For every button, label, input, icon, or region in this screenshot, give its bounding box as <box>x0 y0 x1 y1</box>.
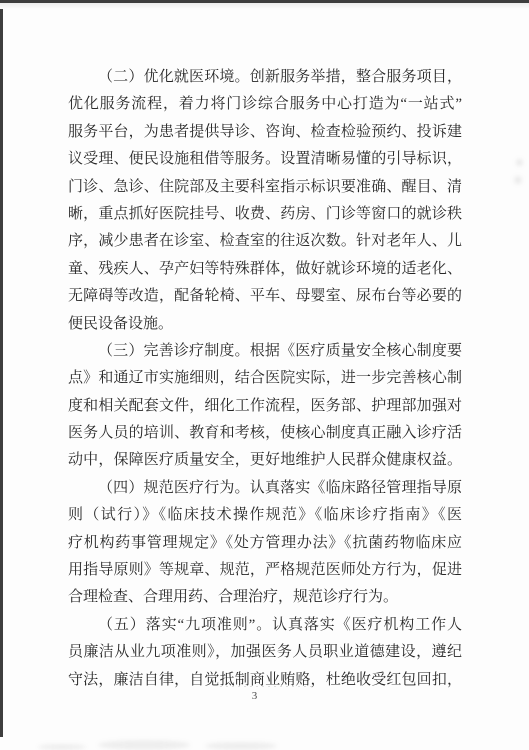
scan-smudge <box>38 744 86 750</box>
document-line: （三）完善诊疗制度。根据《医疗质量安全核心制度要 <box>68 338 462 365</box>
document-line: 用指导原则》等规章、规范，严格规范医师处方行为，促进 <box>68 557 462 584</box>
document-line: 动中，保障医疗质量安全，更好地维护人民群众健康权益。 <box>68 447 462 474</box>
document-line: 疗机构药事管理规定》《处方管理办法》《抗菌药物临床应 <box>68 530 462 557</box>
document-line: 序，减少患者在诊室、检查室的往返次数。针对老年人、儿 <box>68 228 462 255</box>
scan-smudge <box>98 740 190 750</box>
document-line: （五）落实“九项准则”。认真落实《医疗机构工作人 <box>68 612 462 639</box>
page-number: 3 <box>0 690 519 702</box>
document-line: 议受理、便民设施租借等服务。设置清晰易懂的引导标识， <box>68 146 462 173</box>
document-line: 员廉洁从业九项准则》，加强医务人员职业道德建设，遵纪 <box>68 639 462 666</box>
scan-smudge <box>205 742 277 750</box>
scan-edge-left <box>0 9 3 737</box>
document-line: 服务平台，为患者提供导诊、咨询、检查检验预约、投诉建 <box>68 119 462 146</box>
document-line: 晰，重点抓好医院挂号、收费、药房、门诊等窗口的就诊秩 <box>68 201 462 228</box>
scan-smudge <box>514 176 522 184</box>
document-line: （二）优化就医环境。创新服务举措，整合服务项目， <box>68 64 462 91</box>
document-line: 无障碍等改造，配备轮椅、平车、母婴室、尿布台等必要的 <box>68 283 462 310</box>
document-line: 便民设备设施。 <box>68 311 462 338</box>
document-line: 门诊、急诊、住院部及主要科室指示标识要准确、醒目、清 <box>68 174 462 201</box>
document-line: 则（试行）》《临床技术操作规范》《临床诊疗指南》《医 <box>68 502 462 529</box>
scan-edge-top-shadow <box>0 3 529 9</box>
document-line: （四）规范医疗行为。认真落实《临床路径管理指导原 <box>68 475 462 502</box>
document-line: 医务人员的培训、教育和考核，使核心制度真正融入诊疗活 <box>68 420 462 447</box>
document-line: 优化服务流程，着力将门诊综合服务中心打造为“一站式” <box>68 91 462 118</box>
document-page: （二）优化就医环境。创新服务举措，整合服务项目，优化服务流程，着力将门诊综合服务… <box>0 0 529 750</box>
document-line: 童、残疾人、孕产妇等特殊群体，做好就诊环境的适老化、 <box>68 256 462 283</box>
document-line: 点》和通辽市实施细则，结合医院实际，进一步完善核心制 <box>68 365 462 392</box>
document-line: 度和相关配套文件，细化工作流程，医务部、护理部加强对 <box>68 393 462 420</box>
scan-smudge <box>516 159 523 166</box>
document-line: 合理检查、合理用药、合理治疗，规范诊疗行为。 <box>68 584 462 611</box>
scan-noise-row <box>220 686 312 687</box>
document-body: （二）优化就医环境。创新服务举措，整合服务项目，优化服务流程，着力将门诊综合服务… <box>68 64 462 694</box>
